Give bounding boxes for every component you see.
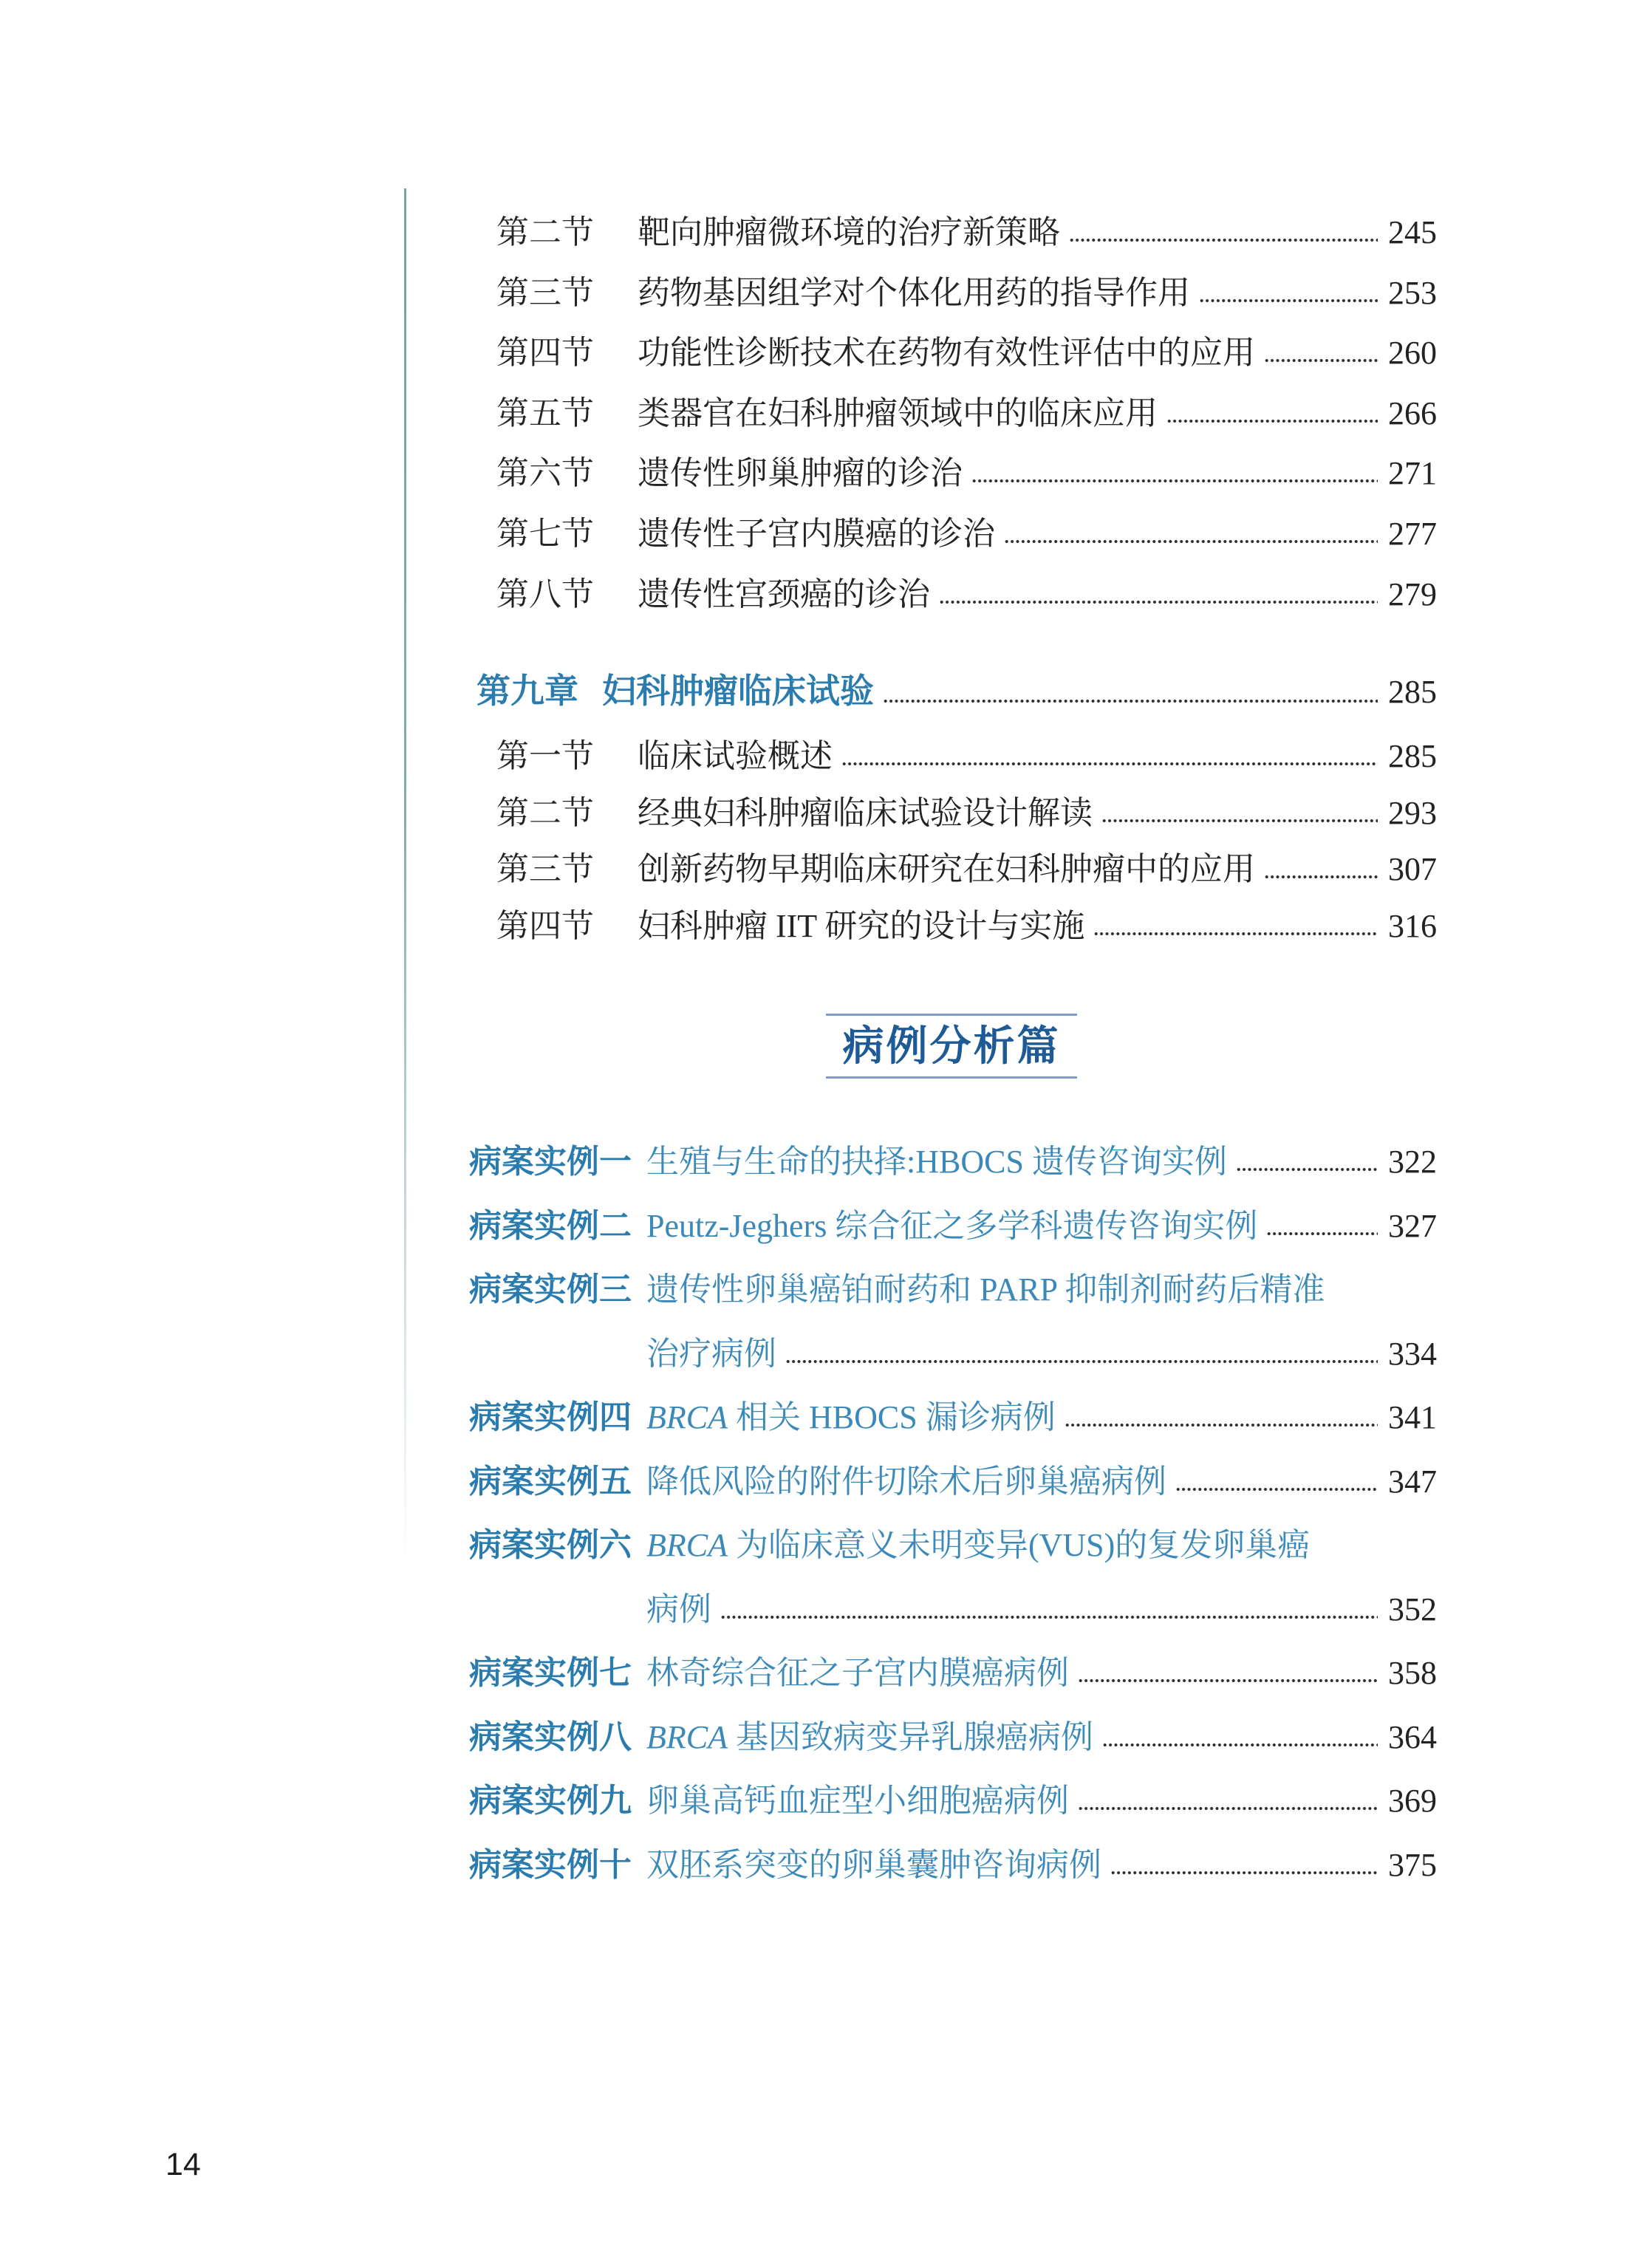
toc-entry-label: 病案实例九 xyxy=(469,1785,646,1817)
title-segment: 遗传性子宫内膜癌的诊治 xyxy=(638,516,995,552)
toc-entry-page-number: 352 xyxy=(1388,1594,1437,1626)
toc-entry-page-number: 334 xyxy=(1388,1338,1437,1370)
toc-entry: 第四节 妇科肿瘤 IIT 研究的设计与实施 316 xyxy=(496,910,1437,943)
toc-entry-page-number: 316 xyxy=(1388,910,1437,943)
toc-entry: 病案实例三 遗传性卵巢癌铂耐药和 PARP 抑制剂耐药后精准 xyxy=(469,1274,1437,1306)
toc-entry-label: 病案实例一 xyxy=(469,1146,646,1178)
toc-entry-label: 病案实例二 xyxy=(469,1210,646,1243)
toc-entry-title: 妇科肿瘤 IIT 研究的设计与实施 xyxy=(638,910,1084,943)
toc-entry-title: 药物基因组学对个体化用药的指导作用 xyxy=(638,277,1190,310)
title-segment: 药物基因组学对个体化用药的指导作用 xyxy=(638,275,1190,311)
dot-leader xyxy=(1166,417,1378,426)
toc-entry-page-number: 279 xyxy=(1388,578,1437,611)
toc-entry-page-number: 266 xyxy=(1388,397,1437,430)
toc-entry-title: 遗传性卵巢肿瘤的诊治 xyxy=(638,457,963,490)
dot-leader xyxy=(1069,236,1378,245)
toc-entry: 病例 352 xyxy=(469,1594,1437,1626)
toc-entry-label: 病案实例七 xyxy=(469,1657,646,1690)
dot-leader xyxy=(1078,1676,1378,1685)
toc-entry-title: BRCA 为临床意义未明变异(VUS)的复发卵巢癌 xyxy=(646,1529,1310,1562)
toc-entry-label: 第四节 xyxy=(496,337,638,369)
toc-entry-title: 靶向肿瘤微环境的治疗新策略 xyxy=(638,216,1060,249)
chapter9-title: 妇科肿瘤临床试验 xyxy=(602,673,874,708)
toc-entry-title: 类器官在妇科肿瘤领域中的临床应用 xyxy=(638,397,1158,430)
toc-entry-title: 生殖与生命的抉择:HBOCS 遗传咨询实例 xyxy=(646,1146,1227,1178)
toc-entry-page-number: 358 xyxy=(1388,1657,1437,1690)
dot-leader xyxy=(1093,929,1378,938)
toc-entry-page-number: 260 xyxy=(1388,337,1437,369)
title-segment: 妇科肿瘤 IIT 研究的设计与实施 xyxy=(638,908,1084,944)
toc-entry-page-number: 364 xyxy=(1388,1721,1437,1754)
toc-entry: 病案实例九 卵巢高钙血症型小细胞癌病例 369 xyxy=(469,1785,1437,1817)
toc-entry-title: Peutz-Jeghers 综合征之多学科遗传咨询实例 xyxy=(646,1210,1257,1243)
part-divider-bottom-rule xyxy=(826,1076,1077,1079)
toc-entry-page-number: 369 xyxy=(1388,1785,1437,1817)
dot-leader xyxy=(1199,296,1378,305)
toc-entry-label: 病案实例六 xyxy=(469,1529,646,1562)
title-segment: 类器官在妇科肿瘤领域中的临床应用 xyxy=(638,395,1158,431)
toc-entry: 第八节 遗传性宫颈癌的诊治 279 xyxy=(496,578,1437,611)
toc-entry: 病案实例七 林奇综合征之子宫内膜癌病例 358 xyxy=(469,1657,1437,1690)
toc-entry-title: 遗传性子宫内膜癌的诊治 xyxy=(638,518,995,550)
dot-leader xyxy=(1264,356,1378,365)
title-segment: 遗传性卵巢肿瘤的诊治 xyxy=(638,455,963,491)
toc-entry-page-number: 253 xyxy=(1388,277,1437,310)
dot-leader xyxy=(883,697,1378,706)
toc-entry-title: 治疗病例 xyxy=(646,1338,776,1370)
dot-leader xyxy=(1175,1485,1378,1494)
dot-leader xyxy=(841,759,1378,768)
toc-entry: 病案实例四 BRCA 相关 HBOCS 漏诊病例 341 xyxy=(469,1401,1437,1434)
dot-leader xyxy=(1110,1868,1378,1877)
toc-entry-label: 病案实例三 xyxy=(469,1274,646,1306)
dot-leader xyxy=(720,1613,1378,1622)
dot-leader xyxy=(971,477,1378,485)
title-segment: BRCA xyxy=(646,1399,728,1435)
title-segment: 经典妇科肿瘤临床试验设计解读 xyxy=(638,795,1093,831)
title-segment: 功能性诊断技术在药物有效性评估中的应用 xyxy=(638,335,1255,371)
title-segment: 林奇综合征之子宫内膜癌病例 xyxy=(646,1655,1069,1691)
toc-entry-title: BRCA 基因致病变异乳腺癌病例 xyxy=(646,1721,1093,1754)
toc-entry: 第二节 经典妇科肿瘤临床试验设计解读 293 xyxy=(496,797,1437,830)
toc-entry-title: 病例 xyxy=(646,1594,711,1626)
toc-entry: 病案实例五 降低风险的附件切除术后卵巢癌病例 347 xyxy=(469,1466,1437,1498)
title-segment: 靶向肿瘤微环境的治疗新策略 xyxy=(638,214,1060,250)
toc-entry-label: 第一节 xyxy=(496,740,638,773)
dot-leader xyxy=(939,598,1378,607)
toc-entry-page-number: 322 xyxy=(1388,1146,1437,1178)
title-segment: 病例 xyxy=(646,1591,711,1627)
title-segment: 创新药物早期临床研究在妇科肿瘤中的应用 xyxy=(638,851,1255,887)
toc-entry: 第三节 创新药物早期临床研究在妇科肿瘤中的应用 307 xyxy=(496,853,1437,886)
toc-entry-label: 第四节 xyxy=(496,910,638,943)
case-studies-block: 病案实例一 生殖与生命的抉择:HBOCS 遗传咨询实例 322 病案实例二 Pe… xyxy=(469,1146,1437,1913)
toc-entry: 病案实例八 BRCA 基因致病变异乳腺癌病例 364 xyxy=(469,1721,1437,1754)
toc-entry-label: 病案实例十 xyxy=(469,1849,646,1882)
chapter8-sections-block: 第二节 靶向肿瘤微环境的治疗新策略 245 第三节 药物基因组学对个体化用药的指… xyxy=(496,216,1437,638)
toc-entry-label: 第三节 xyxy=(496,277,638,310)
toc-entry: 第五节 类器官在妇科肿瘤领域中的临床应用 266 xyxy=(496,397,1437,430)
toc-entry-page-number: 307 xyxy=(1388,853,1437,886)
dot-leader xyxy=(1236,1165,1378,1174)
chapter9-page-number: 285 xyxy=(1388,674,1437,710)
title-segment: 卵巢高钙血症型小细胞癌病例 xyxy=(646,1783,1069,1819)
title-segment: 为临床意义未明变异(VUS)的复发卵巢癌 xyxy=(728,1527,1310,1563)
toc-entry-title: 功能性诊断技术在药物有效性评估中的应用 xyxy=(638,337,1255,369)
dot-leader xyxy=(1004,537,1378,546)
toc-entry-label: 第二节 xyxy=(496,797,638,830)
toc-entry-label: 病案实例八 xyxy=(469,1721,646,1754)
title-segment: BRCA xyxy=(646,1719,728,1755)
toc-entry-title: BRCA 相关 HBOCS 漏诊病例 xyxy=(646,1401,1056,1434)
toc-entry-label: 第二节 xyxy=(496,216,638,249)
toc-entry-title: 卵巢高钙血症型小细胞癌病例 xyxy=(646,1785,1069,1817)
title-segment: 遗传性卵巢癌铂耐药和 PARP 抑制剂耐药后精准 xyxy=(646,1271,1325,1308)
toc-entry-page-number: 341 xyxy=(1388,1401,1437,1434)
dot-leader xyxy=(785,1357,1378,1366)
toc-entry-label: 第七节 xyxy=(496,518,638,550)
toc-entry: 第二节 靶向肿瘤微环境的治疗新策略 245 xyxy=(496,216,1437,249)
chapter9-sections-block: 第一节 临床试验概述 285 第二节 经典妇科肿瘤临床试验设计解读 293 第三… xyxy=(496,740,1437,943)
toc-entry-page-number: 293 xyxy=(1388,797,1437,830)
part-divider-title: 病例分析篇 xyxy=(826,1016,1077,1076)
toc-entry: 第三节 药物基因组学对个体化用药的指导作用 253 xyxy=(496,277,1437,310)
title-segment: 降低风险的附件切除术后卵巢癌病例 xyxy=(646,1463,1166,1500)
toc-entry: 病案实例六 BRCA 为临床意义未明变异(VUS)的复发卵巢癌 xyxy=(469,1529,1437,1562)
toc-entry-label: 第六节 xyxy=(496,457,638,490)
toc-entry: 第四节 功能性诊断技术在药物有效性评估中的应用 260 xyxy=(496,337,1437,369)
toc-entry-label: 病案实例五 xyxy=(469,1466,646,1498)
toc-entry-page-number: 375 xyxy=(1388,1849,1437,1882)
chapter9-block: 第九章 妇科肿瘤临床试验 285 第一节 临床试验概述 285 第二节 经典妇科… xyxy=(476,673,1437,966)
toc-entry-page-number: 347 xyxy=(1388,1466,1437,1498)
toc-entry-label: 第五节 xyxy=(496,397,638,430)
toc-entry-title: 降低风险的附件切除术后卵巢癌病例 xyxy=(646,1466,1166,1498)
toc-entry-title: 经典妇科肿瘤临床试验设计解读 xyxy=(638,797,1093,830)
toc-entry-label: 第三节 xyxy=(496,853,638,886)
dot-leader xyxy=(1065,1421,1378,1430)
part-divider: 病例分析篇 xyxy=(826,1014,1077,1079)
toc-entry-title: 林奇综合征之子宫内膜癌病例 xyxy=(646,1657,1069,1690)
title-segment: 相关 HBOCS 漏诊病例 xyxy=(728,1399,1056,1435)
chapter9-label: 第九章 xyxy=(476,673,602,708)
title-segment: 遗传性宫颈癌的诊治 xyxy=(638,576,930,612)
title-segment: 临床试验概述 xyxy=(638,738,833,774)
toc-entry: 第一节 临床试验概述 285 xyxy=(496,740,1437,773)
toc-entry-page-number: 285 xyxy=(1388,740,1437,773)
toc-entry-title: 创新药物早期临床研究在妇科肿瘤中的应用 xyxy=(638,853,1255,886)
title-segment: 双胚系突变的卵巢囊肿咨询病例 xyxy=(646,1847,1101,1883)
toc-entry-page-number: 277 xyxy=(1388,518,1437,550)
toc-entry-title: 双胚系突变的卵巢囊肿咨询病例 xyxy=(646,1849,1101,1882)
toc-entry: 治疗病例 334 xyxy=(469,1338,1437,1370)
dot-leader xyxy=(1264,872,1378,881)
toc-entry-title: 遗传性宫颈癌的诊治 xyxy=(638,578,930,611)
toc-entry: 病案实例二 Peutz-Jeghers 综合征之多学科遗传咨询实例 327 xyxy=(469,1210,1437,1243)
dot-leader xyxy=(1102,1741,1378,1749)
title-segment: BRCA xyxy=(646,1527,728,1563)
dot-leader xyxy=(1266,1229,1378,1238)
title-segment: 治疗病例 xyxy=(646,1336,776,1372)
toc-entry-title: 临床试验概述 xyxy=(638,740,833,773)
toc-entry-title: 遗传性卵巢癌铂耐药和 PARP 抑制剂耐药后精准 xyxy=(646,1274,1325,1306)
folio-page-number: 14 xyxy=(165,2148,201,2181)
toc-entry-page-number: 245 xyxy=(1388,216,1437,249)
toc-entry-label: 病案实例四 xyxy=(469,1401,646,1434)
title-segment: 生殖与生命的抉择:HBOCS 遗传咨询实例 xyxy=(646,1144,1227,1180)
toc-entry: 第七节 遗传性子宫内膜癌的诊治 277 xyxy=(496,518,1437,550)
toc-entry: 第六节 遗传性卵巢肿瘤的诊治 271 xyxy=(496,457,1437,490)
toc-entry-page-number: 271 xyxy=(1388,457,1437,490)
book-toc-page: 第二节 靶向肿瘤微环境的治疗新策略 245 第三节 药物基因组学对个体化用药的指… xyxy=(0,0,1640,2268)
toc-entry-page-number: 327 xyxy=(1388,1210,1437,1243)
dot-leader xyxy=(1101,816,1378,825)
title-segment: 基因致病变异乳腺癌病例 xyxy=(728,1719,1093,1755)
dot-leader xyxy=(1078,1804,1378,1813)
toc-entry: 病案实例一 生殖与生命的抉择:HBOCS 遗传咨询实例 322 xyxy=(469,1146,1437,1178)
toc-entry: 病案实例十 双胚系突变的卵巢囊肿咨询病例 375 xyxy=(469,1849,1437,1882)
title-segment: Peutz-Jeghers 综合征之多学科遗传咨询实例 xyxy=(646,1208,1257,1244)
toc-entry-label: 第八节 xyxy=(496,578,638,611)
chapter9-heading-entry: 第九章 妇科肿瘤临床试验 285 xyxy=(476,673,1437,710)
margin-accent-line xyxy=(404,188,406,1566)
